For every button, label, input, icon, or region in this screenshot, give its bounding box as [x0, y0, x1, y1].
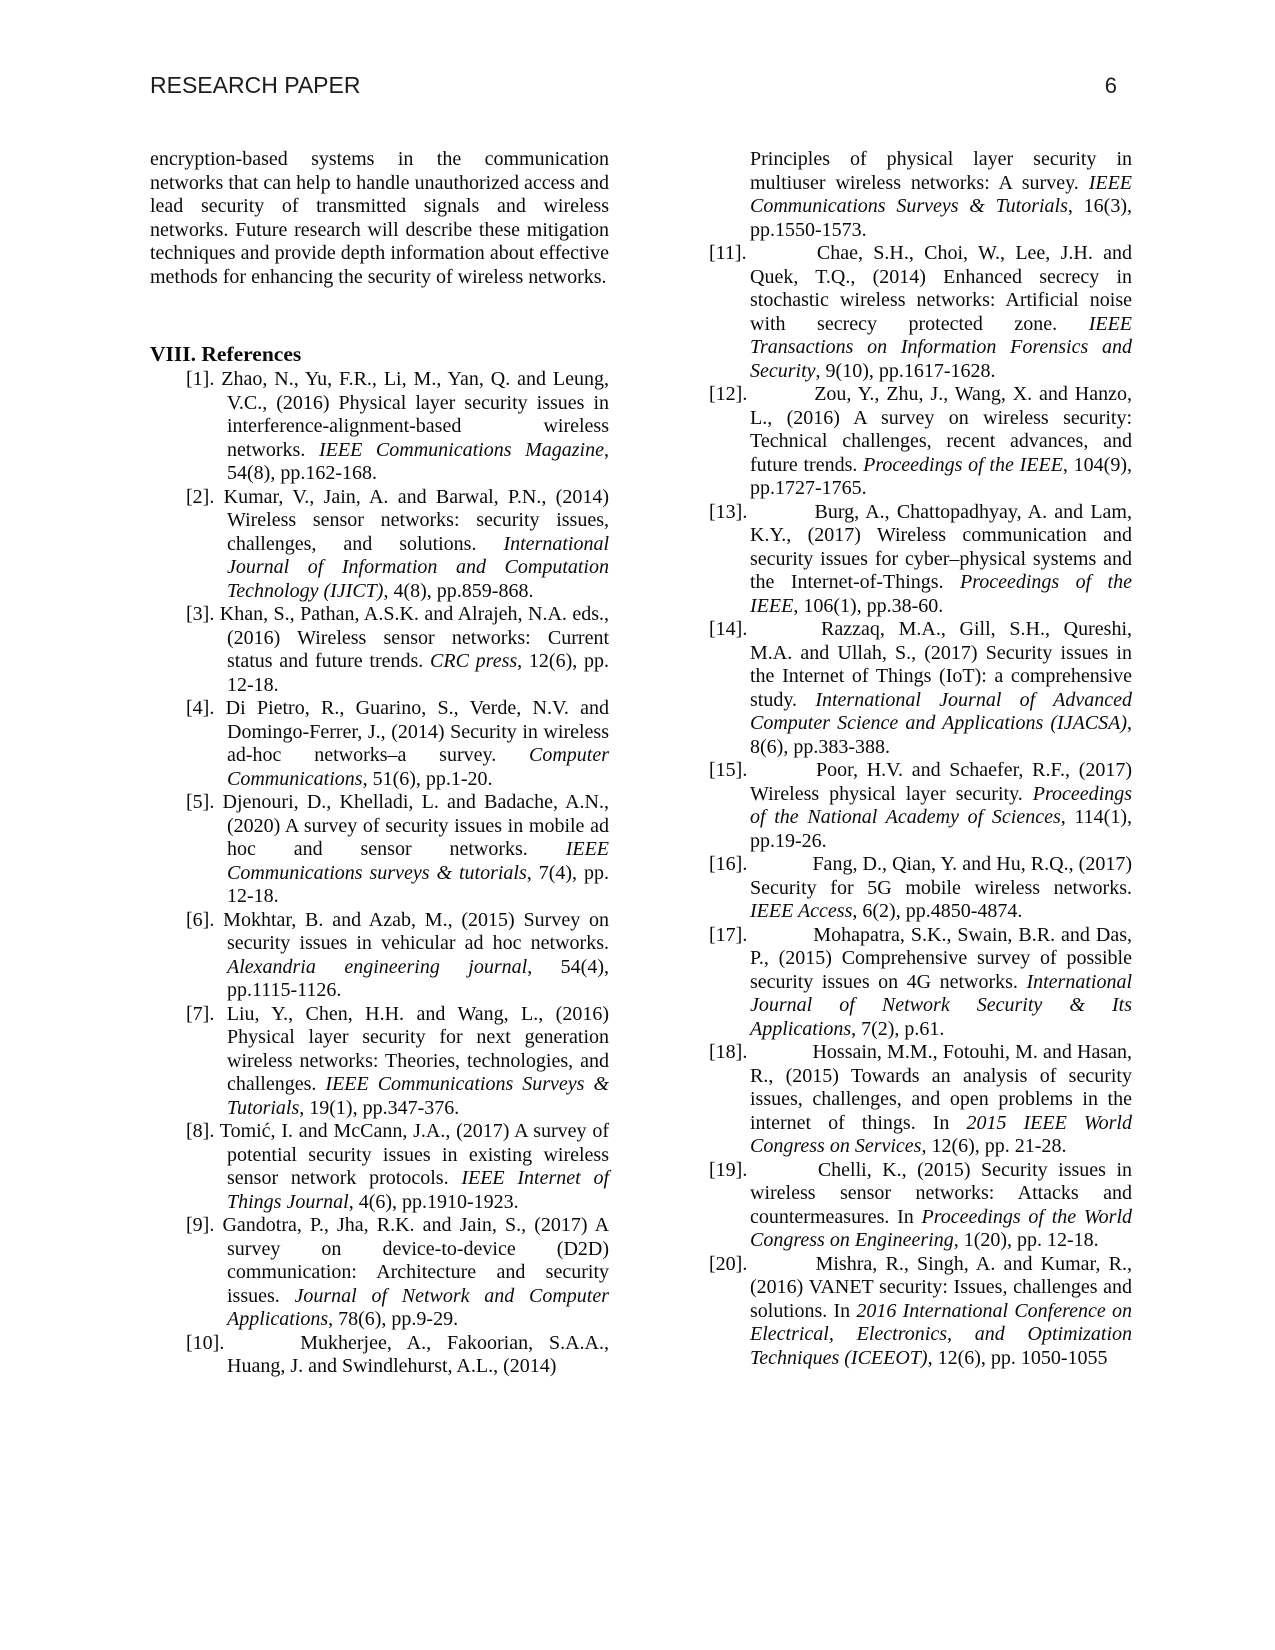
reference-item: [5]. Djenouri, D., Khelladi, L. and Bada… [150, 791, 609, 909]
reference-item: [11]. Chae, S.H., Choi, W., Lee, J.H. an… [673, 242, 1132, 383]
intro-paragraph: encryption-based systems in the communic… [150, 148, 609, 289]
reference-number-label: [14]. [709, 618, 747, 640]
reference-item: [17]. Mohapatra, S.K., Swain, B.R. and D… [673, 924, 1132, 1042]
reference-text: , 9(10), pp.1617-1628. [816, 360, 996, 382]
reference-text: , 12(6), pp. 21-28. [921, 1135, 1066, 1157]
reference-number-label: [1]. [186, 368, 214, 390]
reference-number-label: [18]. [709, 1041, 747, 1063]
journal-name-italic: IEEE Access [750, 900, 852, 922]
right-column: Principles of physical layer security in… [673, 148, 1132, 1379]
reference-item: [9]. Gandotra, P., Jha, R.K. and Jain, S… [150, 1214, 609, 1332]
reference-number-label: [10]. [186, 1332, 224, 1354]
two-column-body: encryption-based systems in the communic… [150, 148, 1133, 1379]
reference-item: [15]. Poor, H.V. and Schaefer, R.F., (20… [673, 759, 1132, 853]
reference-item: [19]. Chelli, K., (2015) Security issues… [673, 1159, 1132, 1253]
reference-list-right: Principles of physical layer security in… [673, 148, 1132, 1370]
reference-item: [10]. Mukherjee, A., Fakoorian, S.A.A., … [150, 1332, 609, 1379]
reference-text: , 7(2), p.61. [851, 1018, 944, 1040]
references-heading: VIII. References [150, 342, 609, 367]
journal-name-italic: CRC press [430, 650, 517, 672]
reference-item: [20]. Mishra, R., Singh, A. and Kumar, R… [673, 1253, 1132, 1371]
page-header: RESEARCH PAPER 6 [150, 72, 1133, 99]
reference-number-label: [5]. [186, 791, 214, 813]
reference-text: , 6(2), pp.4850-4874. [852, 900, 1022, 922]
reference-number-label: [20]. [709, 1253, 747, 1275]
reference-continuation: Principles of physical layer security in… [673, 148, 1132, 242]
reference-text: Mokhtar, B. and Azab, M., (2015) Survey … [223, 909, 609, 955]
reference-text: Principles of physical layer security in… [750, 148, 1132, 194]
running-head-title: RESEARCH PAPER [150, 72, 360, 98]
reference-item: [13]. Burg, A., Chattopadhyay, A. and La… [673, 501, 1132, 619]
reference-text: Djenouri, D., Khelladi, L. and Badache, … [223, 791, 609, 860]
reference-number-label: [17]. [709, 924, 747, 946]
reference-number-label: [16]. [709, 853, 747, 875]
reference-number-label: [9]. [186, 1214, 214, 1236]
reference-list-left: [1]. Zhao, N., Yu, F.R., Li, M., Yan, Q.… [150, 368, 609, 1379]
reference-number-label: [12]. [709, 383, 747, 405]
reference-text: , 106(1), pp.38-60. [793, 595, 943, 617]
reference-number-label: [6]. [186, 909, 214, 931]
reference-text: , 78(6), pp.9-29. [328, 1308, 458, 1330]
reference-text: , 51(6), pp.1-20. [363, 768, 493, 790]
paper-page: RESEARCH PAPER 6 encryption-based system… [0, 0, 1275, 1650]
reference-item: [8]. Tomić, I. and McCann, J.A., (2017) … [150, 1120, 609, 1214]
reference-text: , 19(1), pp.347-376. [299, 1097, 459, 1119]
reference-number-label: [13]. [709, 501, 747, 523]
journal-name-italic: Proceedings of the IEEE [863, 454, 1063, 476]
reference-item: [14]. Razzaq, M.A., Gill, S.H., Qureshi,… [673, 618, 1132, 759]
reference-number-label: [8]. [186, 1120, 214, 1142]
reference-text: , 12(6), pp. 1050-1055 [928, 1347, 1108, 1369]
reference-text: , 4(6), pp.1910-1923. [349, 1191, 519, 1213]
left-column: encryption-based systems in the communic… [150, 148, 609, 1379]
reference-item: [6]. Mokhtar, B. and Azab, M., (2015) Su… [150, 909, 609, 1003]
reference-number-label: [4]. [186, 697, 214, 719]
reference-number-label: [2]. [186, 486, 214, 508]
reference-text: Mukherjee, A., Fakoorian, S.A.A., Huang,… [227, 1332, 609, 1378]
reference-number-label: [3]. [186, 603, 214, 625]
journal-name-italic: Alexandria engineering journal [227, 956, 527, 978]
reference-item: [2]. Kumar, V., Jain, A. and Barwal, P.N… [150, 486, 609, 604]
reference-number-label: [19]. [709, 1159, 747, 1181]
reference-text: Fang, D., Qian, Y. and Hu, R.Q., (2017) … [750, 853, 1132, 899]
reference-item: [16]. Fang, D., Qian, Y. and Hu, R.Q., (… [673, 853, 1132, 924]
reference-item: [3]. Khan, S., Pathan, A.S.K. and Alraje… [150, 603, 609, 697]
reference-item: [1]. Zhao, N., Yu, F.R., Li, M., Yan, Q.… [150, 368, 609, 486]
reference-number-label: [15]. [709, 759, 747, 781]
reference-item: [18]. Hossain, M.M., Fotouhi, M. and Has… [673, 1041, 1132, 1159]
reference-text: Chae, S.H., Choi, W., Lee, J.H. and Quek… [750, 242, 1132, 335]
reference-number-label: [7]. [186, 1003, 214, 1025]
journal-name-italic: IEEE Communications Magazine [319, 439, 604, 461]
reference-item: [4]. Di Pietro, R., Guarino, S., Verde, … [150, 697, 609, 791]
reference-item: [12]. Zou, Y., Zhu, J., Wang, X. and Han… [673, 383, 1132, 501]
page-number: 6 [1105, 73, 1117, 99]
reference-text: , 1(20), pp. 12-18. [954, 1229, 1099, 1251]
reference-number-label: [11]. [709, 242, 747, 264]
reference-text: , 4(8), pp.859-868. [383, 580, 533, 602]
reference-item: [7]. Liu, Y., Chen, H.H. and Wang, L., (… [150, 1003, 609, 1121]
